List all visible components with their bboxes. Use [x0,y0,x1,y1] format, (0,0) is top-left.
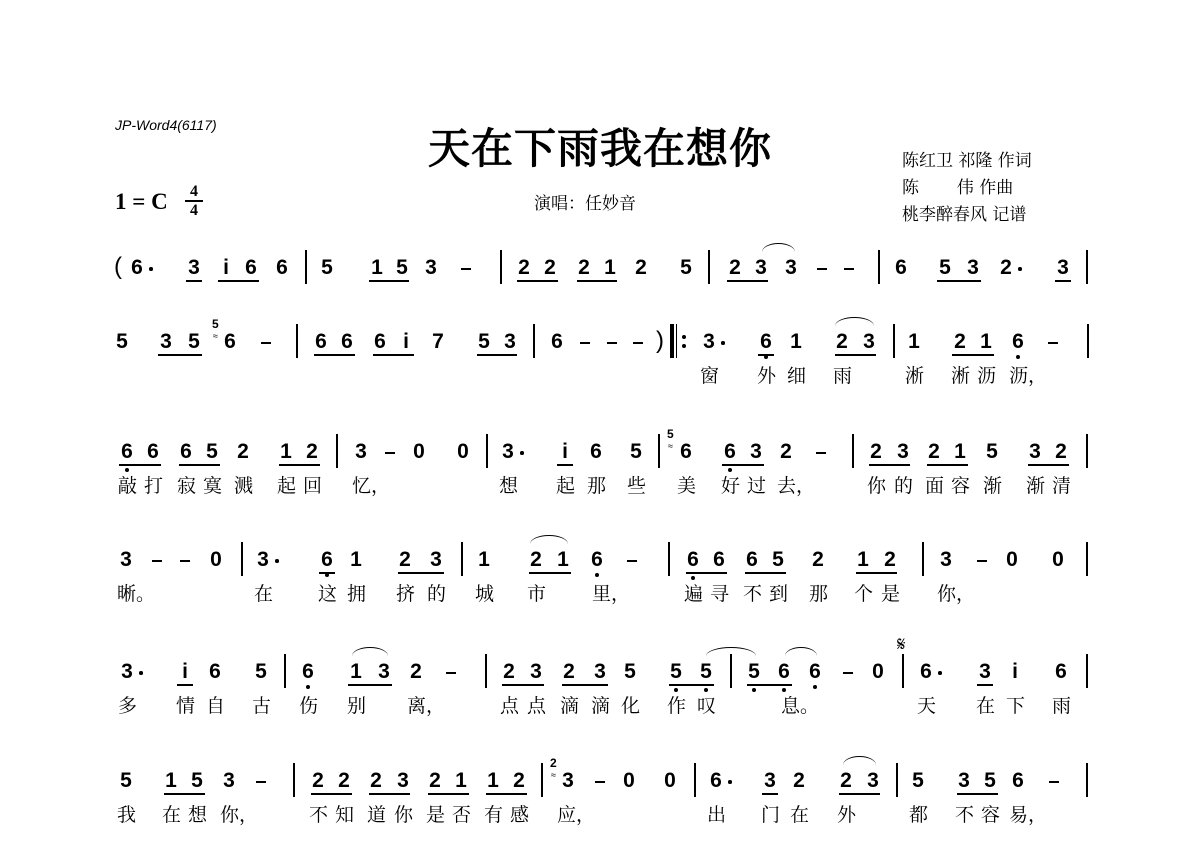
grace-note: 5 [667,428,674,440]
lyric-char: 的 [894,475,913,497]
note: 6 [893,256,909,280]
lyric-char: 淅 [905,365,924,387]
underline-beam [369,793,410,795]
underline-beam [314,354,355,356]
lyric-char: 到 [769,583,788,605]
lyric-char: 想 [499,475,518,497]
lyric-char: 我 [117,804,136,826]
note: 1 [476,548,492,572]
note: 3 [423,256,439,280]
bar-line [485,654,487,688]
lyric-char: 在 [790,804,809,826]
low-octave-dot [704,688,708,692]
low-octave-dot [752,688,756,692]
lyric-char: 个 [854,583,873,605]
note: 5 [394,256,410,280]
lyric-char: 淅 [951,365,970,387]
key-signature: 1 = C [115,189,168,215]
note: 3 [502,330,518,354]
note: 2 [834,330,850,354]
bar-line [1086,250,1088,284]
note: 6 [1010,330,1026,354]
note: 2 [542,256,558,280]
note: 1 [855,548,871,572]
lyric-char: 不 [955,804,974,826]
sustain-dash [261,342,271,344]
lyric-char: 离， [407,695,445,717]
lyric-char: 伤 [299,695,318,717]
note: 6 [918,660,934,684]
lyric-char: 是 [881,583,900,605]
bar-line [296,324,298,358]
underline-beam [369,280,409,282]
note: 5 [678,256,694,280]
lyric-char: 古 [252,695,271,717]
underline-beam [529,572,571,574]
note: 5 [910,769,926,793]
underline-beam [158,354,202,356]
lyric-char: 有 [484,804,503,826]
lyric-char: 那 [809,583,828,605]
lyric-char: 窗 [700,365,719,387]
note: 3 [560,769,576,793]
underline-beam [869,464,910,466]
segno-sign: 𝄋 [897,634,906,654]
sustain-dash [843,672,853,674]
note: 5 [628,440,644,464]
augmentation-dot [1018,267,1022,271]
low-octave-dot [813,685,817,689]
note: i [398,330,414,354]
note: i [177,660,193,684]
underline-beam [186,280,202,282]
bar-line [1086,542,1088,576]
note: 3 [956,769,972,793]
note: 3 [753,256,769,280]
note: 3 [158,330,174,354]
note: i [1007,660,1023,684]
sustain-dash [844,268,854,270]
lyric-char: 点 [500,695,519,717]
sustain-dash [595,781,605,783]
lyric-char: 下 [1006,695,1025,717]
bar-line [902,654,904,688]
bar-line [336,434,338,468]
underline-beam [747,684,792,686]
lyric-char: 打 [144,475,163,497]
lyric-char: 门 [761,804,780,826]
note: 3 [118,548,134,572]
note: 3 [938,548,954,572]
lyric-char: 的 [427,583,446,605]
note: 1 [348,548,364,572]
low-octave-dot [764,355,768,359]
slur [785,647,817,656]
note: 6 [1010,769,1026,793]
lyric-char: 敲 [118,475,137,497]
slur [843,756,876,765]
underline-beam [164,793,205,795]
low-octave-dot [691,576,695,580]
lyric-char: 在 [162,804,181,826]
bar-line [896,763,898,797]
note: 3 [528,660,544,684]
note: 6 [722,440,738,464]
underline-beam [952,354,994,356]
open-parenthesis: ( [114,255,122,279]
underline-beam [835,354,876,356]
note: 3 [783,256,799,280]
note: 1 [369,256,385,280]
underline-beam [1028,464,1069,466]
underline-beam [957,793,998,795]
lyric-char: 容 [981,804,1000,826]
note: 5 [698,660,714,684]
underline-beam [179,464,220,466]
bar-line [1087,324,1089,358]
note: 7 [430,330,446,354]
note: 0 [208,548,224,572]
grace-note: 5 [212,318,219,330]
lyric-char: 起 [277,475,296,497]
lyric-char: 里， [592,583,630,605]
lyric-char: 这 [318,583,337,605]
lyric-char: 你， [220,804,258,826]
note: 5 [189,769,205,793]
lyric-char: 晰。 [117,583,155,605]
note: 5 [982,769,998,793]
note: 1 [555,548,571,572]
lyric-char: 拥 [347,583,366,605]
note: 6 [589,548,605,572]
low-octave-dot [728,468,732,472]
note: 6 [372,330,388,354]
lyric-char: 别 [347,695,366,717]
bar-line [1086,434,1088,468]
underline-beam [745,572,786,574]
note: 2 [868,440,884,464]
note: 6 [1053,660,1069,684]
lyric-char: 滴 [560,695,579,717]
note: 6 [588,440,604,464]
note: 1 [485,769,501,793]
lyric-char: 息。 [781,695,819,717]
bar-line [658,434,660,468]
note: 6 [685,548,701,572]
sustain-dash [633,342,643,344]
underline-beam [218,280,259,282]
sustain-dash [977,560,987,562]
lyric-char: 不 [743,583,762,605]
note: 2 [310,769,326,793]
low-octave-dot [306,685,310,689]
note: 3 [762,769,778,793]
note: 1 [348,660,364,684]
underline-beam [722,464,764,466]
lyric-char: 沥， [1009,365,1047,387]
lyric-char: 好 [721,475,740,497]
note: 2 [397,548,413,572]
sustain-dash [627,560,637,562]
low-octave-dot [125,468,129,472]
underline-beam [348,684,392,686]
note: 6 [807,660,823,684]
underline-beam [856,572,897,574]
augmentation-dot [938,671,942,675]
note: 6 [222,330,238,354]
bar-line [1086,763,1088,797]
grace-mark: ≈ [551,769,556,781]
note: 2 [368,769,384,793]
note: 0 [1050,548,1066,572]
note: 2 [304,440,320,464]
note: 2 [576,256,592,280]
note: 5 [204,440,220,464]
note: 5 [253,660,269,684]
lyric-char: 城 [475,583,494,605]
time-signature: 4 4 [183,184,205,218]
note: 0 [411,440,427,464]
underline-beam [927,464,968,466]
note: 0 [870,660,886,684]
lyric-char: 想 [188,804,207,826]
note: i [218,256,234,280]
note: 6 [549,330,565,354]
lyric-char: 你 [394,804,413,826]
slur [352,647,388,656]
lyric-char: 起 [556,475,575,497]
lyric-char: 在 [254,583,273,605]
note: 5 [476,330,492,354]
lyric-char: 过 [747,475,766,497]
note: 5 [937,256,953,280]
lyric-char: 去， [777,475,815,497]
sustain-dash [607,342,617,344]
underline-beam [562,684,608,686]
lyric-char: 寻 [710,583,729,605]
note: 5 [118,769,134,793]
slur [530,535,568,544]
bar-line [461,542,463,576]
underline-beam [1055,280,1071,282]
underline-beam [428,793,469,795]
note: 6 [243,256,259,280]
note: 1 [906,330,922,354]
lyric-char: 寂 [177,475,196,497]
note: 3 [977,660,993,684]
lyric-char: 化 [621,695,640,717]
note: 6 [339,330,355,354]
bar-line [241,542,243,576]
note: 1 [602,256,618,280]
note: 3 [1055,256,1071,280]
note: 3 [865,769,881,793]
note: 3 [701,330,717,354]
underline-beam [839,793,880,795]
note: 3 [119,660,135,684]
note: 0 [662,769,678,793]
note: 6 [300,660,316,684]
note: 6 [119,440,135,464]
note: 2 [511,769,527,793]
note: 5 [114,330,130,354]
note: 6 [678,440,694,464]
lyric-char: 道 [367,804,386,826]
augmentation-dot [149,267,153,271]
note: 6 [145,440,161,464]
note: 5 [746,660,762,684]
slur [835,317,874,326]
low-octave-dot [595,573,599,577]
underline-beam [373,354,414,356]
note: 6 [744,548,760,572]
note: 1 [978,330,994,354]
lyric-char: 是 [426,804,445,826]
sustain-dash [1048,342,1058,344]
lyric-char: 否 [452,804,471,826]
underline-beam [577,280,617,282]
augmentation-dot [728,780,732,784]
note: 3 [592,660,608,684]
underline-beam [758,354,774,356]
lyric-char: 沥 [977,365,996,387]
bar-line [878,250,880,284]
note: 3 [221,769,237,793]
note: 2 [501,660,517,684]
underline-beam [937,280,981,282]
lyric-char: 出 [707,804,726,826]
sustain-dash [256,781,266,783]
note: 2 [838,769,854,793]
note: 3 [255,548,271,572]
transcriber-credit: 桃李醉春风 记谱 [902,202,1032,229]
lyric-char: 滴 [591,695,610,717]
note: 2 [810,548,826,572]
augmentation-dot [520,451,524,455]
time-signature-top: 4 [183,184,205,199]
note: 2 [1053,440,1069,464]
repeat-dot [682,344,686,348]
lyric-char: 在 [976,695,995,717]
underline-beam [977,684,993,686]
note: 2 [882,548,898,572]
underline-beam [727,280,768,282]
note: 0 [621,769,637,793]
sustain-dash [817,268,827,270]
note: 0 [455,440,471,464]
augmentation-dot [721,341,725,345]
grace-mark: ≈ [668,440,673,452]
repeat-dot [682,335,686,339]
composer-credit: 陈 伟 作曲 [902,175,1032,202]
note: 3 [376,660,392,684]
lyric-char: 雨 [1052,695,1071,717]
note: 1 [278,440,294,464]
low-octave-dot [674,688,678,692]
lyric-char: 挤 [396,583,415,605]
lyric-char: 忆， [352,475,390,497]
note: 3 [895,440,911,464]
note: 2 [427,769,443,793]
augmentation-dot [275,559,279,563]
bar-line [541,763,543,797]
lyric-char: 不 [309,804,328,826]
note: 2 [778,440,794,464]
lyric-char: 细 [787,365,806,387]
lyric-char: 雨 [833,365,852,387]
note: 5 [770,548,786,572]
lyric-char: 多 [118,695,137,717]
low-octave-dot [325,573,329,577]
note: 5 [186,330,202,354]
lyric-char: 应， [557,804,595,826]
note: 1 [163,769,179,793]
lyric-char: 情 [176,695,195,717]
lyric-char: 你， [937,583,975,605]
underline-beam [177,684,193,686]
bar-line [852,434,854,468]
bar-line [486,434,488,468]
note: 6 [711,548,727,572]
note: 5 [622,660,638,684]
lyric-char: 遍 [684,583,703,605]
note: 2 [235,440,251,464]
grace-note: 2 [550,757,557,769]
note: 1 [453,769,469,793]
lyric-char: 点 [527,695,546,717]
low-octave-dot [1016,355,1020,359]
sustain-dash [816,452,826,454]
underline-beam [279,464,320,466]
note: 3 [748,440,764,464]
bar-line [893,324,895,358]
note: 6 [178,440,194,464]
note: 3 [965,256,981,280]
note: 3 [861,330,877,354]
lyric-char: 市 [527,583,546,605]
note: 6 [776,660,792,684]
note: 2 [633,256,649,280]
lyric-char: 回 [303,475,322,497]
note: 5 [984,440,1000,464]
note: 2 [926,440,942,464]
note: 2 [336,769,352,793]
low-octave-dot [782,688,786,692]
lyric-char: 自 [206,695,225,717]
lyricist-credit: 陈红卫 祁隆 作词 [902,148,1032,175]
sustain-dash [152,560,162,562]
singer-credit: 演唱：任妙音 [534,189,636,214]
note: 3 [353,440,369,464]
underline-beam [669,684,714,686]
underline-beam [319,572,335,574]
note: 5 [319,256,335,280]
bar-line [305,250,307,284]
underline-beam [557,464,573,466]
underline-beam [686,572,727,574]
augmentation-dot [139,671,143,675]
lyric-char: 外 [837,804,856,826]
bar-line [922,542,924,576]
underline-beam [502,684,544,686]
note: 3 [1027,440,1043,464]
sustain-dash [580,342,590,344]
lyric-char: 容 [951,475,970,497]
sustain-dash [385,452,395,454]
bar-line [533,324,535,358]
note: 2 [561,660,577,684]
sustain-dash [1049,781,1059,783]
